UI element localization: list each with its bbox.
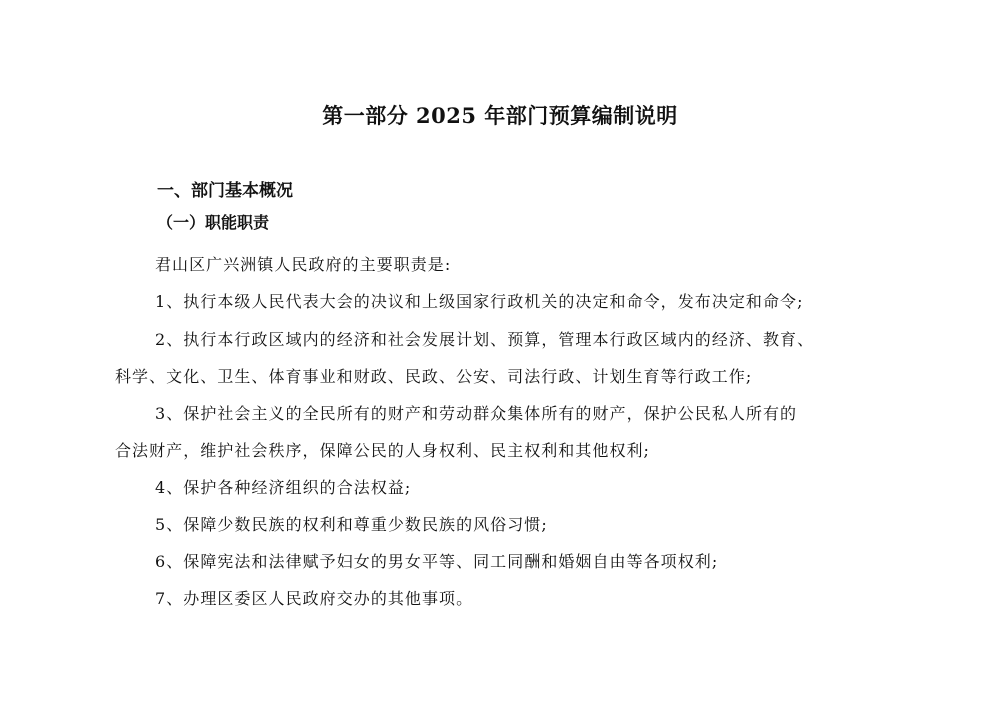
- duty-item-6: 6、保障宪法和法律赋予妇女的男女平等、同工同酬和婚姻自由等各项权利;: [155, 549, 718, 572]
- duty-item-4: 4、保护各种经济组织的合法权益;: [155, 475, 411, 498]
- duty-item-3-continued: 合法财产，维护社会秩序，保障公民的人身权利、民主权利和其他权利;: [115, 438, 650, 461]
- duty-item-7: 7、办理区委区人民政府交办的其他事项。: [155, 586, 473, 609]
- duty-item-2: 2、执行本行政区域内的经济和社会发展计划、预算，管理本行政区域内的经济、教育、: [155, 327, 814, 350]
- duty-item-1: 1、执行本级人民代表大会的决议和上级国家行政机关的决定和命令，发布决定和命令;: [155, 289, 804, 312]
- section-heading: 一、部门基本概况: [157, 176, 293, 201]
- intro-paragraph: 君山区广兴洲镇人民政府的主要职责是:: [155, 252, 451, 275]
- document-page: 第一部分 2025 年部门预算编制说明 一、部门基本概况 （一）职能职责 君山区…: [0, 0, 1000, 706]
- page-title: 第一部分 2025 年部门预算编制说明: [0, 100, 1000, 130]
- duty-item-5: 5、保障少数民族的权利和尊重少数民族的风俗习惯;: [155, 512, 548, 535]
- duty-item-2-continued: 科学、文化、卫生、体育事业和财政、民政、公安、司法行政、计划生育等行政工作;: [115, 364, 752, 387]
- subsection-heading: （一）职能职责: [157, 210, 269, 233]
- duty-item-3: 3、保护社会主义的全民所有的财产和劳动群众集体所有的财产，保护公民私人所有的: [155, 401, 797, 424]
